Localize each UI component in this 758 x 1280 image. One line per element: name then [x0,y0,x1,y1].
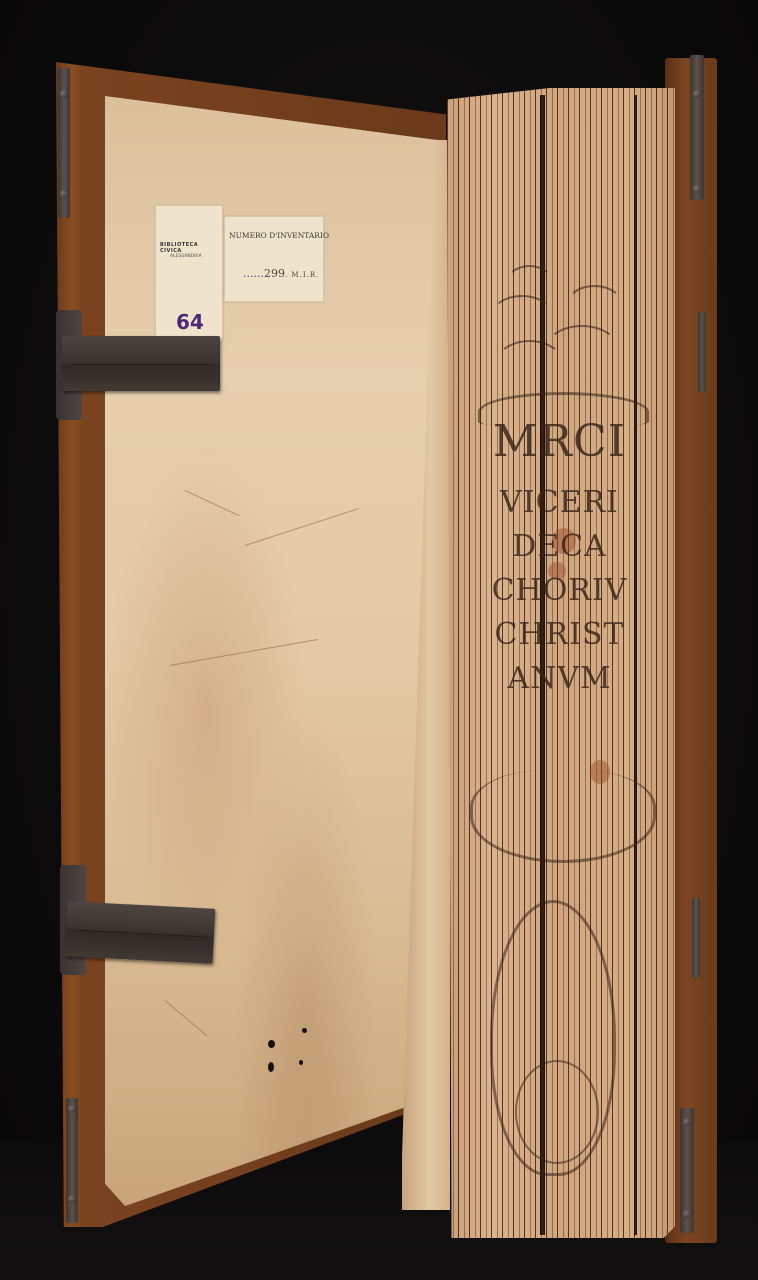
clasp-catch-icon [698,312,706,392]
rivet-icon [693,185,701,193]
library-label: BIBLIOTECA CIVICA ALESSANDRIA 64 [155,205,223,342]
library-name: BIBLIOTECA CIVICA [160,242,222,254]
shelf-number: 64 [176,310,204,334]
rivet-icon [693,90,701,98]
rivet-icon [68,1195,76,1203]
rivet-icon [60,90,68,98]
leaf-icon [495,340,564,389]
inventory-title: NUMERO D'INVENTARIO [229,231,329,240]
inventory-number: 299 [264,267,285,280]
clasp-top-icon [62,336,220,391]
face-drawing-icon [515,1060,599,1164]
library-city: ALESSANDRIA [170,254,202,259]
inscription-line: VICERI [462,488,657,518]
rivet-icon [683,1210,691,1218]
clasp-catch-icon [692,898,700,978]
inscription-line: ANVM [462,664,657,694]
rivet-icon [683,1118,691,1126]
wormhole [299,1060,303,1065]
metal-edge-strip [690,55,704,200]
plant-drawing-icon [485,255,635,405]
inventory-suffix: . M.I.R. [285,271,319,279]
leaf-icon [565,285,624,329]
inventory-number-line: ......299. M.I.R. [243,267,319,280]
wormhole [302,1028,307,1033]
clasp-bottom-icon [65,901,216,964]
inscription-line: MRCI [462,420,657,464]
inscription-line: DECA [462,532,657,562]
inscription-line: CHRIST [462,620,657,650]
rivet-icon [60,190,68,198]
wormhole [268,1062,274,1072]
metal-edge-strip [66,1098,78,1223]
leaf-icon [505,265,554,304]
rivet-icon [68,1105,76,1113]
stain [590,760,610,784]
fore-edge-inscription: MRCI VICERI DECA CHORIV CHRIST ANVM [462,420,657,694]
scroll-base-drawing-icon [470,770,656,863]
inscription-line: CHORIV [462,576,657,606]
inventory-prefix: ...... [243,267,264,280]
inventory-label: NUMERO D'INVENTARIO ......299. M.I.R. [224,216,324,302]
wormhole [268,1040,275,1048]
